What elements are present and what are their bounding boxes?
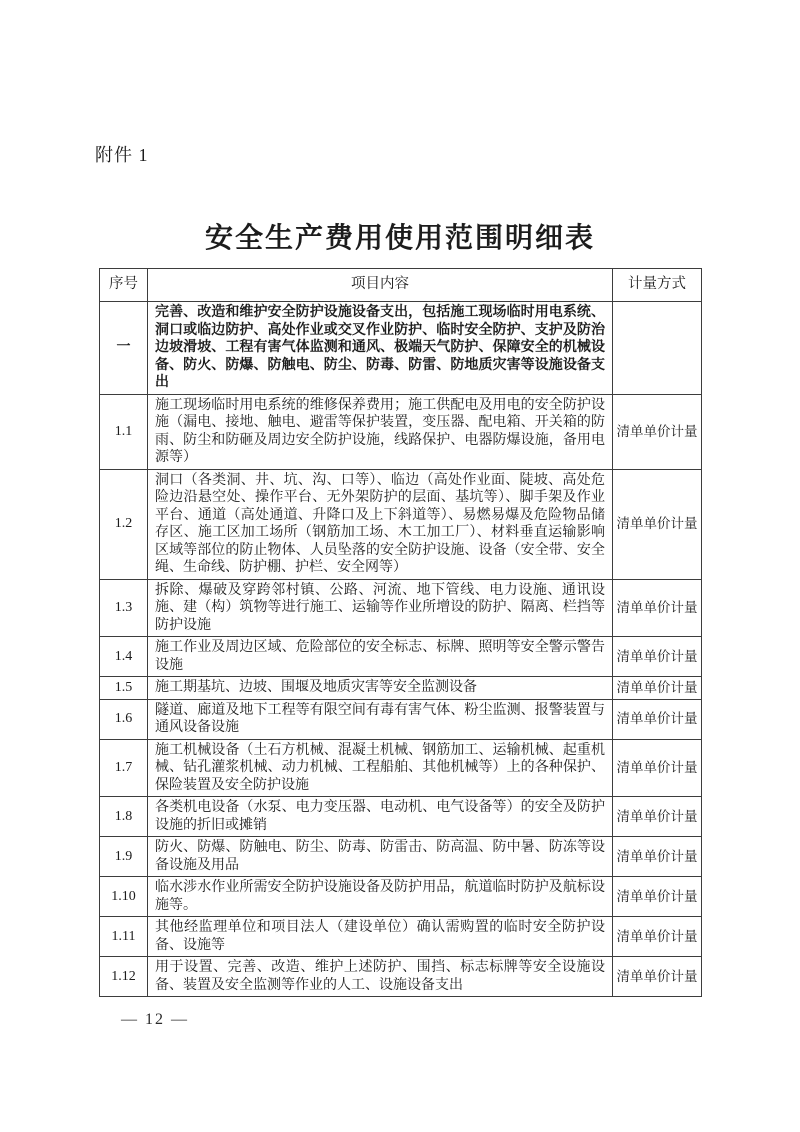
row-content-cell: 施工机械设备（土石方机械、混凝土机械、钢筋加工、运输机械、起重机械、钻孔灌浆机械…: [148, 739, 613, 797]
row-content-cell: 防火、防爆、防触电、防尘、防毒、防雷击、防高温、防中暑、防冻等设备设施及用品: [148, 837, 613, 877]
row-content-cell: 施工作业及周边区域、危险部位的安全标志、标牌、照明等安全警示警告设施: [148, 637, 613, 677]
row-number-cell: 1.4: [100, 637, 148, 677]
header-measurement-method: 计量方式: [613, 269, 702, 302]
row-method-cell: 清单单价计量: [613, 957, 702, 997]
attachment-label: 附件 1: [95, 141, 149, 167]
row-content-cell: 施工现场临时用电系统的维修保养费用；施工供配电及用电的安全防护设施（漏电、接地、…: [148, 394, 613, 469]
row-method-cell: 清单单价计量: [613, 837, 702, 877]
row-number-cell: 1.10: [100, 877, 148, 917]
document-page: 附件 1 安全生产费用使用范围明细表 序号 项目内容 计量方式 一 完善、改造和…: [0, 0, 800, 1132]
fee-scope-table: 序号 项目内容 计量方式 一 完善、改造和维护安全防护设施设备支出，包括施工现场…: [99, 268, 702, 997]
table-row: 1.5 施工期基坑、边坡、围堰及地质灾害等安全监测设备 清单单价计量: [100, 677, 702, 700]
row-method-cell: 清单单价计量: [613, 699, 702, 739]
row-content-cell: 用于设置、完善、改造、维护上述防护、围挡、标志标牌等安全设施设备、装置及安全监测…: [148, 957, 613, 997]
row-method-cell: 清单单价计量: [613, 579, 702, 637]
table-row: 1.4 施工作业及周边区域、危险部位的安全标志、标牌、照明等安全警示警告设施 清…: [100, 637, 702, 677]
row-method-cell: 清单单价计量: [613, 469, 702, 579]
row-number-cell: 1.1: [100, 394, 148, 469]
table-row: 1.3 拆除、爆破及穿跨邻村镇、公路、河流、地下管线、电力设施、通讯设施、建（构…: [100, 579, 702, 637]
row-method-cell: 清单单价计量: [613, 797, 702, 837]
row-number-cell: 1.5: [100, 677, 148, 700]
row-number-cell: 1.3: [100, 579, 148, 637]
row-number-cell: 1.2: [100, 469, 148, 579]
table-row: 1.8 各类机电设备（水泵、电力变压器、电动机、电气设备等）的安全及防护设施的折…: [100, 797, 702, 837]
row-method-cell: 清单单价计量: [613, 637, 702, 677]
row-content-cell: 隧道、廊道及地下工程等有限空间有毒有害气体、粉尘监测、报警装置与通风设备设施: [148, 699, 613, 739]
row-content-cell: 完善、改造和维护安全防护设施设备支出，包括施工现场临时用电系统、洞口或临边防护、…: [148, 302, 613, 395]
row-number-cell: 1.6: [100, 699, 148, 739]
row-number-cell: 1.11: [100, 917, 148, 957]
row-method-cell: 清单单价计量: [613, 877, 702, 917]
row-number-cell: 1.8: [100, 797, 148, 837]
row-number-cell: 1.12: [100, 957, 148, 997]
row-content-cell: 其他经监理单位和项目法人（建设单位）确认需购置的临时安全防护设备、设施等: [148, 917, 613, 957]
page-title: 安全生产费用使用范围明细表: [0, 216, 800, 256]
row-method-cell: 清单单价计量: [613, 739, 702, 797]
row-number-cell: 一: [100, 302, 148, 395]
table-row: 1.1 施工现场临时用电系统的维修保养费用；施工供配电及用电的安全防护设施（漏电…: [100, 394, 702, 469]
row-content-cell: 各类机电设备（水泵、电力变压器、电动机、电气设备等）的安全及防护设施的折旧或摊销: [148, 797, 613, 837]
table-row: 1.12 用于设置、完善、改造、维护上述防护、围挡、标志标牌等安全设施设备、装置…: [100, 957, 702, 997]
table-row: 1.11 其他经监理单位和项目法人（建设单位）确认需购置的临时安全防护设备、设施…: [100, 917, 702, 957]
table-body: 一 完善、改造和维护安全防护设施设备支出，包括施工现场临时用电系统、洞口或临边防…: [100, 302, 702, 997]
table-row: 一 完善、改造和维护安全防护设施设备支出，包括施工现场临时用电系统、洞口或临边防…: [100, 302, 702, 395]
row-content-cell: 拆除、爆破及穿跨邻村镇、公路、河流、地下管线、电力设施、通讯设施、建（构）筑物等…: [148, 579, 613, 637]
table-row: 1.2 洞口（各类洞、井、坑、沟、口等）、临边（高处作业面、陡坡、高处危险边沿悬…: [100, 469, 702, 579]
row-content-cell: 洞口（各类洞、井、坑、沟、口等）、临边（高处作业面、陡坡、高处危险边沿悬空处、操…: [148, 469, 613, 579]
row-method-cell: [613, 302, 702, 395]
row-content-cell: 施工期基坑、边坡、围堰及地质灾害等安全监测设备: [148, 677, 613, 700]
header-serial-number: 序号: [100, 269, 148, 302]
row-method-cell: 清单单价计量: [613, 917, 702, 957]
row-method-cell: 清单单价计量: [613, 394, 702, 469]
table-row: 1.9 防火、防爆、防触电、防尘、防毒、防雷击、防高温、防中暑、防冻等设备设施及…: [100, 837, 702, 877]
header-item-content: 项目内容: [148, 269, 613, 302]
row-number-cell: 1.9: [100, 837, 148, 877]
row-method-cell: 清单单价计量: [613, 677, 702, 700]
table-row: 1.6 隧道、廊道及地下工程等有限空间有毒有害气体、粉尘监测、报警装置与通风设备…: [100, 699, 702, 739]
table-header-row: 序号 项目内容 计量方式: [100, 269, 702, 302]
table-row: 1.7 施工机械设备（土石方机械、混凝土机械、钢筋加工、运输机械、起重机械、钻孔…: [100, 739, 702, 797]
row-number-cell: 1.7: [100, 739, 148, 797]
table-row: 1.10 临水涉水作业所需安全防护设施设备及防护用品，航道临时防护及航标设施等。…: [100, 877, 702, 917]
page-number: — 12 —: [121, 1011, 189, 1029]
row-content-cell: 临水涉水作业所需安全防护设施设备及防护用品，航道临时防护及航标设施等。: [148, 877, 613, 917]
